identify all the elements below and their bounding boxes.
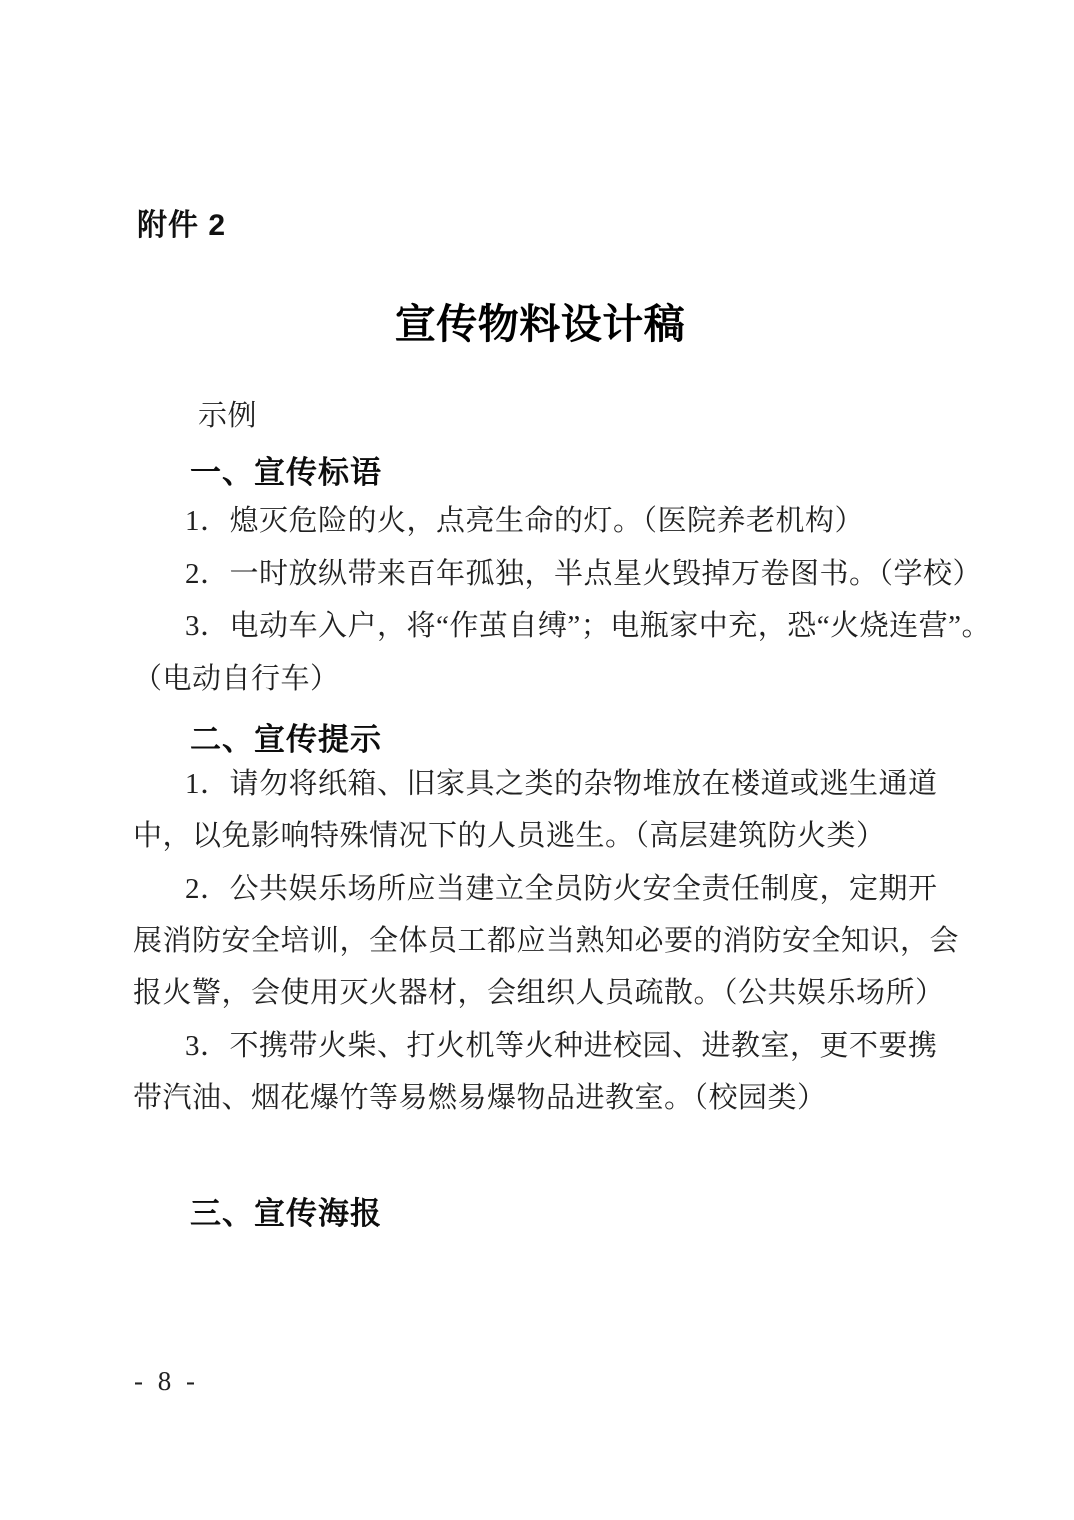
section-1-heading: 一、宣传标语 [190, 447, 382, 492]
tip-item-1-line-2: 中，以免影响特殊情况下的人员逃生。（高层建筑防火类） [133, 819, 886, 853]
slogan-item-3-line-1: 3．电动车入户，将“作茧自缚”；电瓶家中充，恐“火烧连营”。 [185, 609, 991, 643]
slogan-item-2: 2．一时放纵带来百年孤独，半点星火毁掉万卷图书。（学校） [185, 557, 982, 591]
tip-item-3-line-1: 3．不携带火柴、打火机等火种进校园、进教室，更不要携 [185, 1029, 938, 1063]
slogan-item-1: 1．熄灭危险的火，点亮生命的灯。（医院养老机构） [185, 504, 864, 538]
section-3-heading: 三、宣传海报 [190, 1188, 382, 1233]
attachment-label: 附件 2 [137, 200, 226, 244]
section-2-heading: 二、宣传提示 [190, 714, 382, 759]
tip-item-3-line-2: 带汽油、烟花爆竹等易燃易爆物品进教室。（校园类） [133, 1081, 827, 1115]
slogan-item-3-line-2: （电动自行车） [133, 662, 340, 696]
example-label: 示例 [198, 399, 257, 433]
tip-item-2-line-3: 报火警，会使用灭火器材，会组织人员疏散。（公共娱乐场所） [133, 976, 945, 1010]
tip-item-2-line-2: 展消防安全培训，全体员工都应当熟知必要的消防安全知识，会 [133, 924, 959, 958]
page-title: 宣传物料设计稿 [395, 291, 686, 350]
page-number: - 8 - [134, 1366, 199, 1397]
document-page: 附件 2 宣传物料设计稿 示例 一、宣传标语 1．熄灭危险的火，点亮生命的灯。（… [0, 0, 1074, 1520]
tip-item-2-line-1: 2．公共娱乐场所应当建立全员防火安全责任制度，定期开 [185, 872, 938, 906]
tip-item-1-line-1: 1．请勿将纸箱、旧家具之类的杂物堆放在楼道或逃生通道 [185, 767, 938, 801]
